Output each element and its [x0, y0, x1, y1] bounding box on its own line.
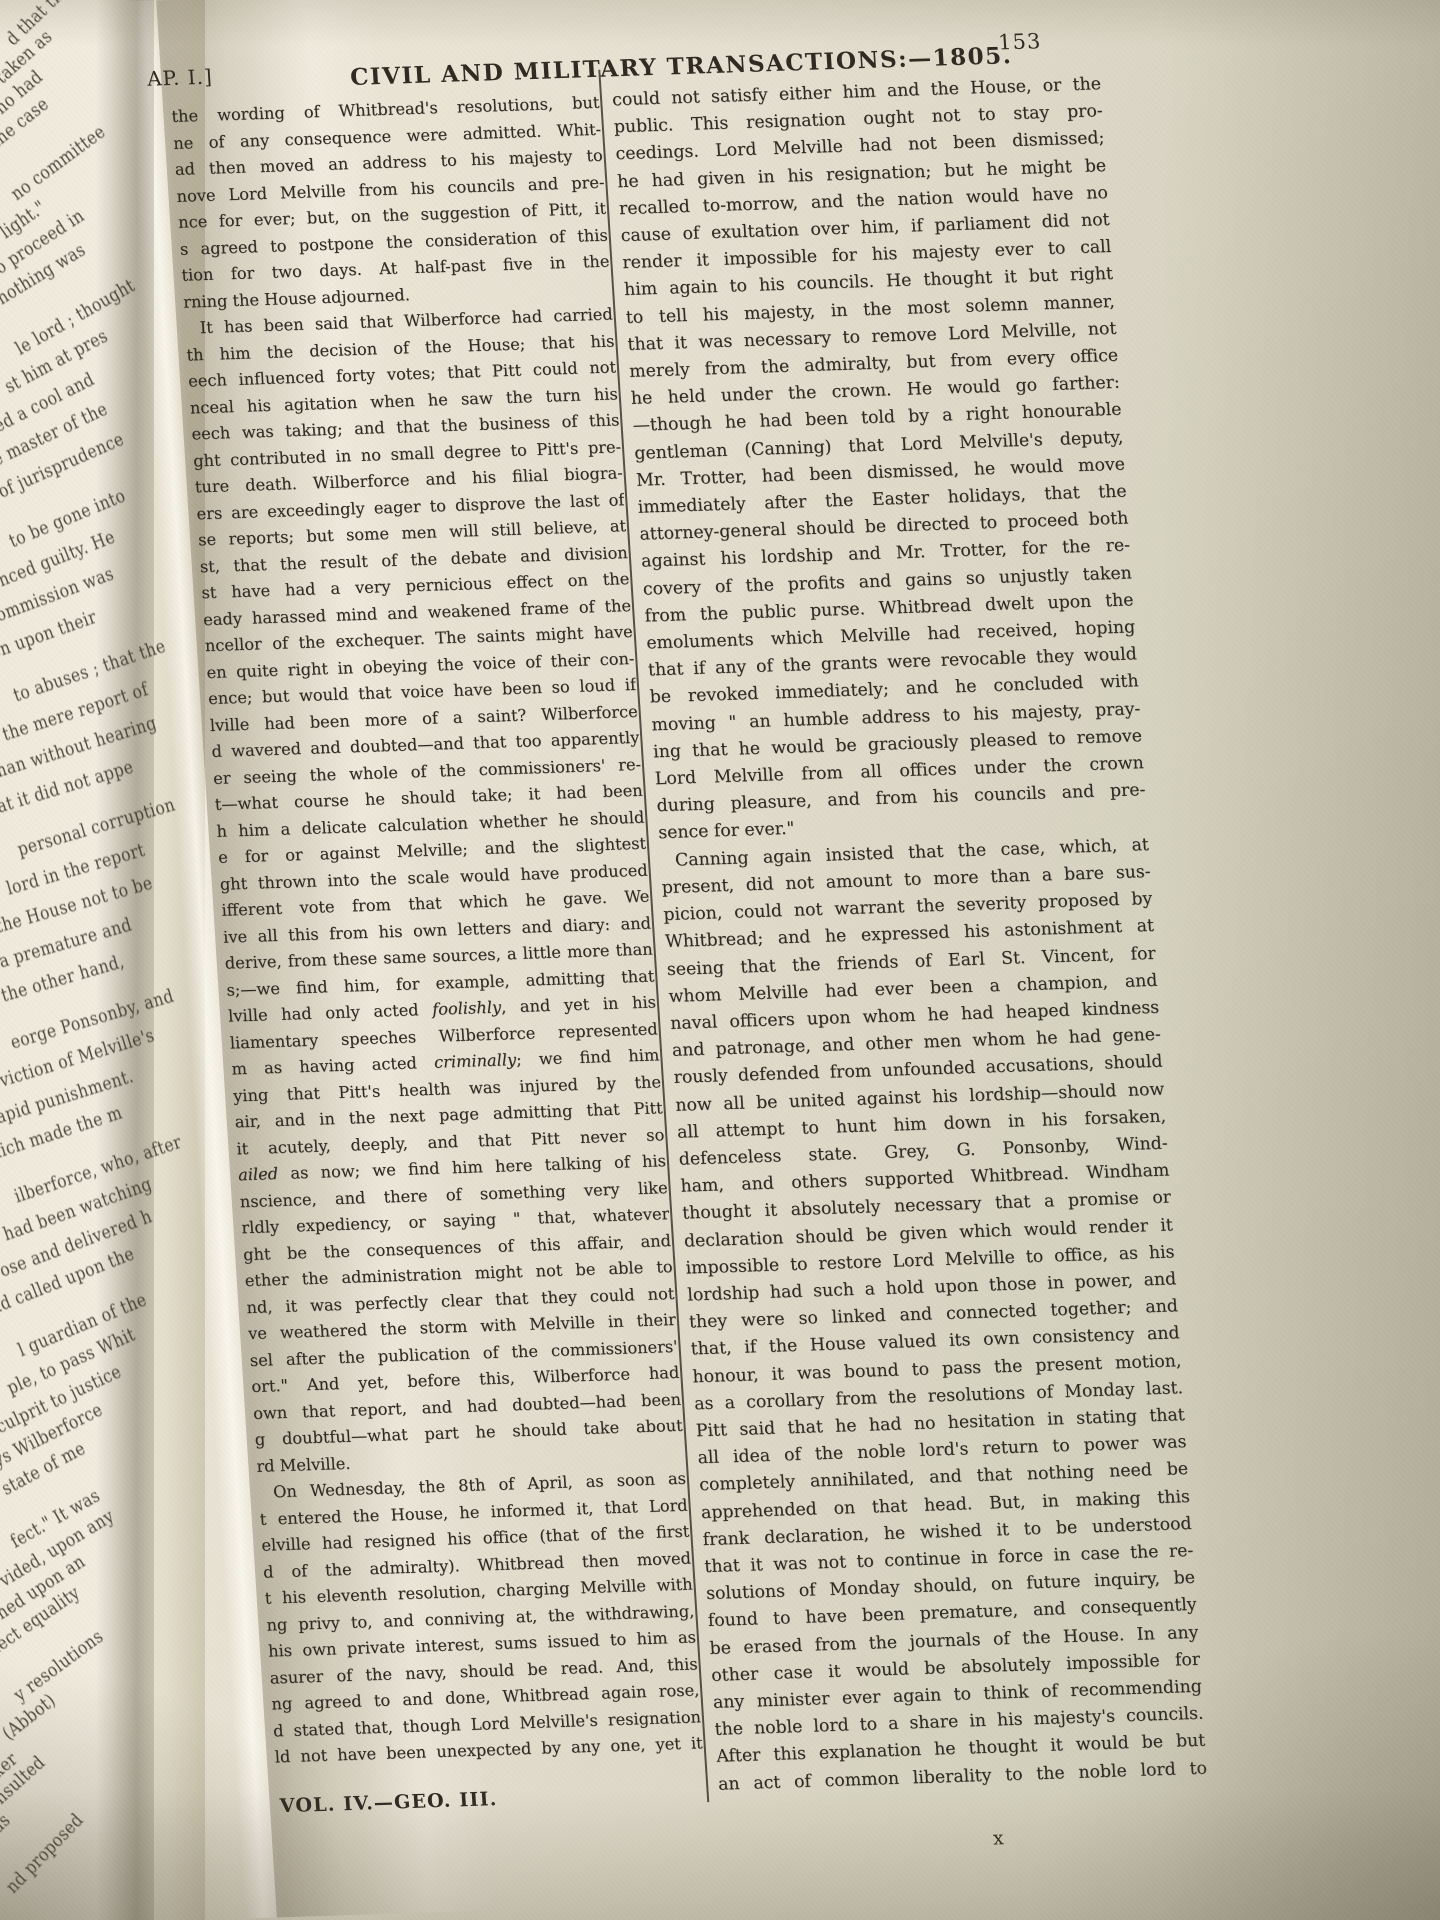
book-photo: anced that thetaken aswho hadof the case…	[0, 0, 1440, 1920]
italic-text: foolishly	[432, 998, 502, 1019]
chapter-label: AP. I.]	[146, 65, 213, 91]
facing-page-text-fragment: it was	[0, 1809, 15, 1859]
text-run: sence for ever."	[658, 819, 795, 843]
right-text-column: could not satisfy either him and the Hou…	[611, 71, 1207, 1798]
page-number: 153	[997, 29, 1042, 54]
text-run: , and yet in his	[500, 992, 656, 1016]
text-run: rning the House adjourned.	[183, 285, 411, 311]
text-run: lville had only acted	[228, 1000, 433, 1026]
signature-mark: x	[992, 1827, 1004, 1849]
text-run: rd Melville.	[256, 1453, 351, 1475]
italic-text: criminally	[433, 1050, 516, 1072]
facing-page-text-fragment: nd proposed	[1, 1809, 88, 1898]
book-page: AP. I.] CIVIL AND MILITARY TRANSACTIONS:…	[0, 0, 1440, 1920]
italic-text: ailed	[238, 1164, 279, 1184]
text-run: m as having acted	[231, 1053, 435, 1079]
text-run: ; we find him	[516, 1045, 660, 1069]
